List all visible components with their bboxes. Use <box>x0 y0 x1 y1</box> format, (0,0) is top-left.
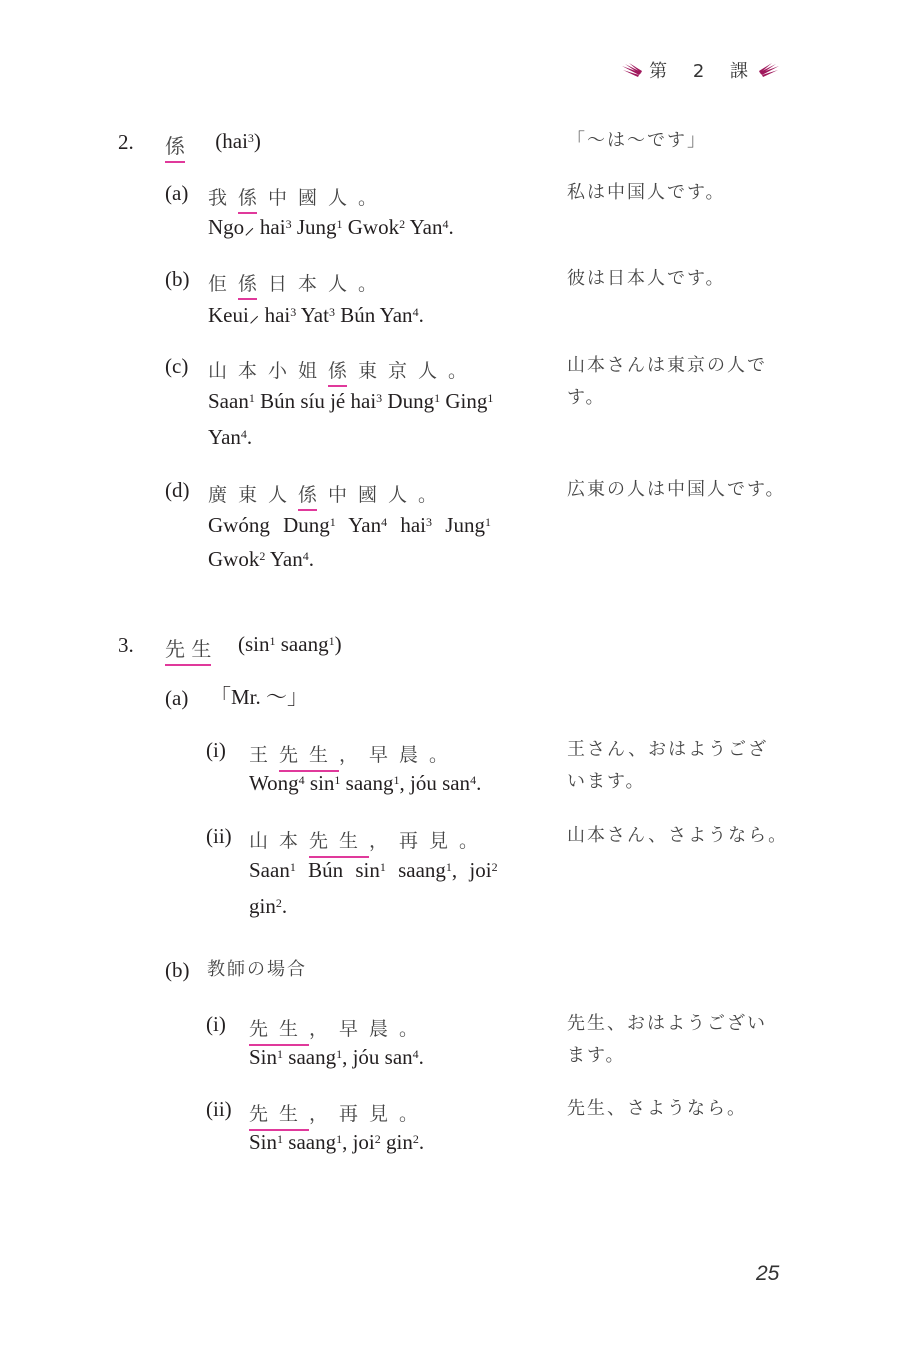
example-chinese: 廣東人係中國人。 <box>208 480 448 507</box>
example-chinese: 我係中國人。 <box>208 183 388 210</box>
example-japanese: 山本さんは東京の人で <box>567 349 767 383</box>
term-sinsaang: 先 生 <box>165 637 211 666</box>
example-romanization: Saan1 Bún sin1 saang1, joi2 <box>249 853 498 887</box>
example-label: (b) <box>165 267 190 292</box>
example-japanese: 広東の人は中国人です。 <box>567 473 786 507</box>
example-romanization: Keui⸝ hai3 Yat3 Bún Yan4. <box>208 298 424 332</box>
example-label: (ii) <box>206 1097 232 1122</box>
example-chinese: 山本小姐係東京人。 <box>208 356 478 383</box>
example-japanese: 山本さん、さようなら。 <box>567 819 788 853</box>
example-romanization: Ngo⸝ hai3 Jung1 Gwok2 Yan4. <box>208 210 454 244</box>
example-japanese-cont: す。 <box>567 381 606 415</box>
subsection-title: 教師の場合 <box>207 953 307 987</box>
example-label: (a) <box>165 181 188 206</box>
example-romanization: Saan1 Bún síu jé hai3 Dung1 Ging1 <box>208 384 493 418</box>
wing-ornament-left-icon <box>621 62 643 78</box>
example-romanization: Gwóng Dung1 Yan4 hai3 Jung1 <box>208 508 491 542</box>
example-label: (c) <box>165 354 188 379</box>
example-japanese-cont: います。 <box>567 765 646 799</box>
example-romanization-cont: Gwok2 Yan4. <box>208 542 314 576</box>
example-japanese: 先生、おはようござい <box>567 1007 767 1041</box>
example-romanization: Wong4 sin1 saang1, jóu san4. <box>249 766 481 800</box>
subsection-label: (b) <box>165 958 190 983</box>
section-term: 先 生 <box>165 633 211 662</box>
section-number: 2. <box>118 130 134 155</box>
example-label: (i) <box>206 1012 226 1037</box>
example-japanese-cont: ます。 <box>567 1039 626 1073</box>
section-reading: (hai3) <box>210 124 261 158</box>
subsection-title: 「Mr. ～」 <box>210 680 308 714</box>
chapter-header: 第 2 課 <box>621 57 780 83</box>
example-label: (i) <box>206 738 226 763</box>
example-romanization-cont: gin2. <box>249 889 287 923</box>
subsection-label: (a) <box>165 686 188 711</box>
example-label: (ii) <box>206 824 232 849</box>
term-hai: 係 <box>165 134 185 163</box>
example-japanese: 私は中国人です。 <box>567 176 726 210</box>
example-chinese: 佢係日本人。 <box>208 269 388 296</box>
example-romanization: Sin1 saang1, jóu san4. <box>249 1040 424 1074</box>
section-meaning: 「～は～です」 <box>567 124 707 158</box>
example-romanization-cont: Yan4. <box>208 420 252 454</box>
lesson-title: 第 2 課 <box>649 57 758 83</box>
section-term: 係 <box>165 130 185 159</box>
section-reading: (sin1 saang1) <box>238 627 342 661</box>
section-number: 3. <box>118 633 134 658</box>
example-japanese: 王さん、おはようござ <box>567 733 768 767</box>
example-romanization: Sin1 saang1, joi2 gin2. <box>249 1125 424 1159</box>
wing-ornament-right-icon <box>758 62 780 78</box>
page-number: 25 <box>756 1262 779 1286</box>
example-label: (d) <box>165 478 190 503</box>
example-japanese: 先生、さようなら。 <box>567 1092 747 1126</box>
example-japanese: 彼は日本人です。 <box>567 262 726 296</box>
